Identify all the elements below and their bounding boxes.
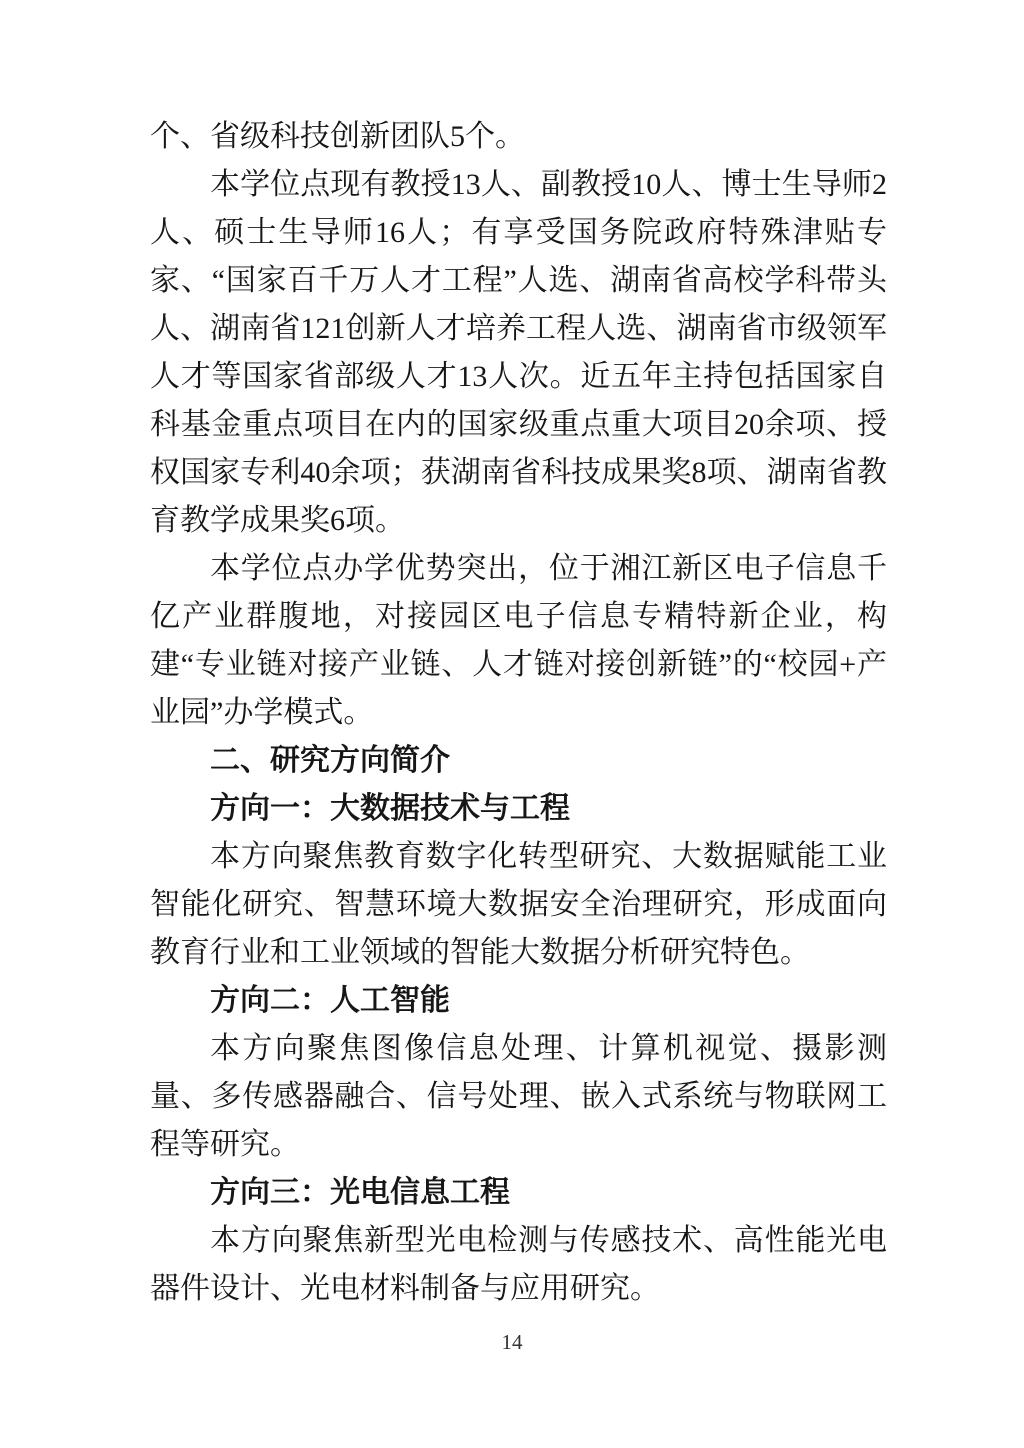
page-footer: 14 bbox=[0, 1330, 1024, 1355]
section-heading: 方向三：光电信息工程 bbox=[150, 1169, 887, 1217]
body-paragraph: 本方向聚焦教育数字化转型研究、大数据赋能工业智能化研究、智慧环境大数据安全治理研… bbox=[150, 833, 887, 977]
body-paragraph: 本学位点现有教授13人、副教授10人、博士生导师2人、硕士生导师16人；有享受国… bbox=[150, 161, 887, 545]
body-paragraph: 个、省级科技创新团队5个。 bbox=[150, 113, 887, 161]
section-heading: 方向一：大数据技术与工程 bbox=[150, 785, 887, 833]
body-paragraph: 本方向聚焦新型光电检测与传感技术、高性能光电器件设计、光电材料制备与应用研究。 bbox=[150, 1217, 887, 1313]
document-body: 个、省级科技创新团队5个。本学位点现有教授13人、副教授10人、博士生导师2人、… bbox=[150, 113, 887, 1313]
section-heading: 方向二：人工智能 bbox=[150, 977, 887, 1025]
page-number: 14 bbox=[502, 1330, 523, 1354]
document-page: 个、省级科技创新团队5个。本学位点现有教授13人、副教授10人、博士生导师2人、… bbox=[0, 0, 1024, 1448]
body-paragraph: 本方向聚焦图像信息处理、计算机视觉、摄影测量、多传感器融合、信号处理、嵌入式系统… bbox=[150, 1025, 887, 1169]
body-paragraph: 本学位点办学优势突出，位于湘江新区电子信息千亿产业群腹地，对接园区电子信息专精特… bbox=[150, 545, 887, 737]
section-heading: 二、研究方向简介 bbox=[150, 737, 887, 785]
